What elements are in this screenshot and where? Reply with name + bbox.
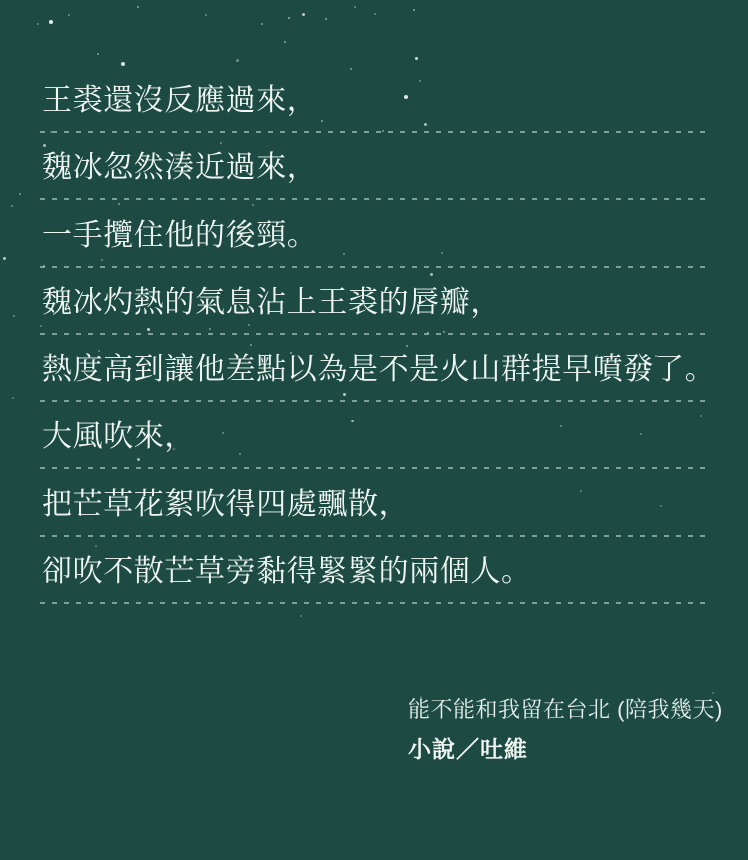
star-dot: [374, 13, 376, 15]
dashed-divider: [40, 333, 705, 335]
poem-block: 王裘還沒反應過來， 魏冰忽然湊近過來， 一手攬住他的後頸。 魏冰灼熱的氣息沾上王…: [42, 85, 707, 623]
poem-row: 一手攬住他的後頸。: [42, 220, 707, 287]
star-dot: [350, 68, 352, 70]
poem-line-text: 大風吹來，: [42, 421, 195, 453]
poem-row: 大風吹來，: [42, 421, 707, 488]
star-dot: [284, 41, 286, 43]
poem-line-text: 一手攬住他的後頸。: [42, 220, 317, 252]
poem-row: 魏冰灼熱的氣息沾上王裘的唇瓣，: [42, 287, 707, 354]
poem-line-text: 王裘還沒反應過來，: [42, 85, 317, 117]
star-dot: [137, 6, 139, 8]
star-dot: [3, 257, 6, 260]
poem-line-text: 把芒草花絮吹得四處飄散，: [42, 489, 409, 521]
star-dot: [205, 14, 207, 16]
star-dot: [415, 57, 418, 60]
star-dot: [354, 6, 356, 8]
poem-line-text: 魏冰灼熱的氣息沾上王裘的唇瓣，: [42, 287, 501, 319]
poem-row: 熱度高到讓他差點以為是不是火山群提早噴發了。: [42, 354, 707, 421]
star-dot: [121, 62, 125, 66]
dashed-divider: [40, 535, 705, 537]
star-dot: [302, 13, 305, 16]
poem-line-text: 魏冰忽然湊近過來，: [42, 152, 317, 184]
poem-line-text: 熱度高到讓他差點以為是不是火山群提早噴發了。: [42, 354, 715, 386]
source-title: 能不能和我留在台北 (陪我幾天): [408, 697, 723, 723]
poem-row: 魏冰忽然湊近過來，: [42, 152, 707, 219]
poem-row: 卻吹不散芒草旁黏得緊緊的兩個人。: [42, 556, 707, 623]
dashed-divider: [40, 467, 705, 469]
quote-card: 王裘還沒反應過來， 魏冰忽然湊近過來， 一手攬住他的後頸。 魏冰灼熱的氣息沾上王…: [0, 0, 748, 860]
dashed-divider: [40, 400, 705, 402]
dashed-divider: [40, 131, 705, 133]
dashed-divider: [40, 602, 705, 604]
star-dot: [13, 315, 15, 317]
star-dot: [97, 53, 99, 55]
dashed-divider: [40, 266, 705, 268]
author-byline: 小說／吐維: [408, 736, 723, 762]
star-dot: [325, 18, 327, 20]
poem-line-text: 卻吹不散芒草旁黏得緊緊的兩個人。: [42, 556, 532, 588]
star-dot: [419, 80, 421, 82]
star-dot: [12, 397, 14, 399]
poem-row: 王裘還沒反應過來，: [42, 85, 707, 152]
star-dot: [11, 205, 13, 207]
star-dot: [236, 59, 239, 62]
star-dot: [68, 14, 70, 16]
star-dot: [49, 20, 53, 24]
star-dot: [413, 9, 415, 11]
poem-row: 把芒草花絮吹得四處飄散，: [42, 489, 707, 556]
star-dot: [261, 23, 263, 25]
star-dot: [37, 23, 39, 25]
star-dot: [288, 17, 290, 19]
star-dot: [19, 193, 21, 195]
dashed-divider: [40, 198, 705, 200]
star-dot: [712, 692, 714, 694]
attribution-block: 能不能和我留在台北 (陪我幾天) 小說／吐維: [408, 697, 723, 762]
